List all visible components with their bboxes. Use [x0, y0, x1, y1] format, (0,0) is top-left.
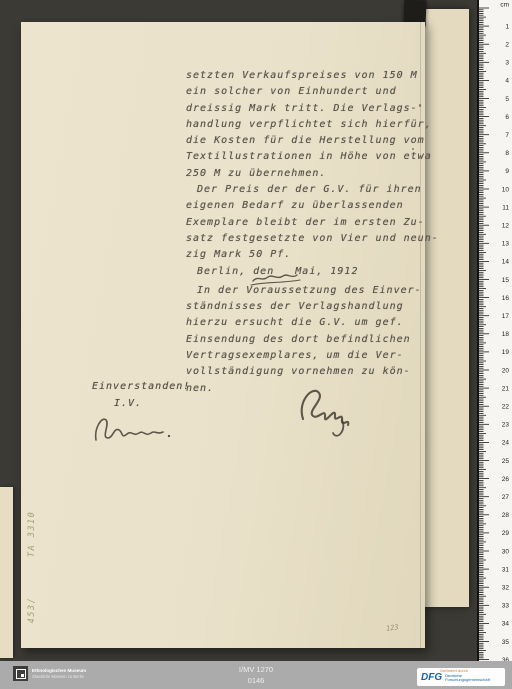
- svg-text:8: 8: [505, 150, 509, 157]
- svg-text:13: 13: [502, 241, 510, 248]
- svg-text:12: 12: [502, 223, 510, 230]
- svg-text:5: 5: [505, 96, 509, 103]
- svg-text:19: 19: [502, 349, 510, 356]
- signature-author: [293, 383, 357, 448]
- pencil-margin-note: 453/ TA 3310: [27, 497, 43, 637]
- typed-line: Einsendung des dort befindlichen: [186, 334, 439, 350]
- svg-text:31: 31: [502, 566, 510, 573]
- svg-text:30: 30: [502, 548, 510, 555]
- typed-line: vollständigung vornehmen zu kön-: [186, 366, 439, 382]
- svg-text:22: 22: [502, 404, 510, 411]
- typed-text-block: setzten Verkaufspreises von 150 Mein sol…: [186, 70, 439, 399]
- dfg-logo-row: DFG Deutsche Forschungsgemeinschaft: [421, 673, 501, 683]
- dfg-acronym: DFG: [421, 673, 442, 683]
- typed-line: zig Mark 50 Pf.: [186, 249, 439, 265]
- dfg-logo: Gefördert durch DFG Deutsche Forschungsg…: [417, 668, 505, 686]
- typed-line: 250 M zu übernehmen.: [186, 168, 439, 184]
- svg-text:28: 28: [502, 512, 510, 519]
- typed-line: Vertragsexemplares, um die Ver-: [186, 350, 439, 366]
- svg-text:4: 4: [505, 78, 509, 85]
- typed-line: Berlin, den Mai, 1912: [186, 266, 439, 282]
- typed-line: hierzu ersucht die G.V. um gef.: [186, 317, 439, 333]
- typed-line: ständnisses der Verlagshandlung: [186, 301, 439, 317]
- svg-text:6: 6: [505, 114, 509, 121]
- corner-sheet: [0, 487, 13, 658]
- svg-text:34: 34: [502, 621, 510, 628]
- typed-line: dreissig Mark tritt. Die Verlags-: [186, 103, 439, 119]
- svg-text:32: 32: [502, 585, 510, 592]
- svg-text:25: 25: [502, 458, 510, 465]
- typed-line: die Kosten für die Herstellung vom: [186, 135, 439, 151]
- document-page: setzten Verkaufspreises von 150 Mein sol…: [21, 22, 425, 648]
- svg-text:10: 10: [502, 186, 510, 193]
- scan-viewer-stage: setzten Verkaufspreises von 150 Mein sol…: [0, 0, 512, 689]
- svg-text:16: 16: [502, 295, 510, 302]
- svg-text:23: 23: [502, 422, 510, 429]
- svg-text:21: 21: [502, 385, 510, 392]
- dfg-name-line2: Forschungsgemeinschaft: [445, 678, 490, 683]
- approval-note-line2: I.V.: [92, 398, 190, 409]
- svg-text:9: 9: [505, 168, 509, 175]
- svg-text:7: 7: [505, 132, 509, 139]
- svg-text:24: 24: [502, 440, 510, 447]
- typed-line: handlung verpflichtet sich hierfür,: [186, 119, 439, 135]
- svg-text:14: 14: [502, 259, 510, 266]
- ruler: 1234567891011121314151617181920212223242…: [477, 0, 512, 661]
- svg-text:15: 15: [502, 277, 510, 284]
- typed-line: In der Voraussetzung des Einver-: [186, 285, 439, 301]
- svg-text:33: 33: [502, 603, 510, 610]
- svg-text:11: 11: [502, 204, 509, 211]
- svg-text:2: 2: [505, 42, 509, 49]
- typed-line: eigenen Bedarf zu überlassenden: [186, 200, 439, 216]
- svg-text:27: 27: [502, 494, 510, 501]
- svg-text:17: 17: [502, 313, 510, 320]
- typed-line: Exemplare bleibt der im ersten Zu-: [186, 217, 439, 233]
- approval-note-line1: Einverstanden!: [92, 381, 190, 392]
- dfg-full-name: Deutsche Forschungsgemeinschaft: [445, 674, 490, 683]
- svg-text:20: 20: [502, 367, 510, 374]
- svg-text:29: 29: [502, 530, 510, 537]
- signature-approver: [93, 412, 173, 457]
- handwritten-date-insertion: [250, 271, 302, 294]
- typed-line: Textillustrationen in Höhe von etwa: [186, 151, 439, 167]
- typed-line: Der Preis der der G.V. für ihren: [186, 184, 439, 200]
- ruler-scale: 1234567891011121314151617181920212223242…: [479, 0, 512, 661]
- svg-text:1: 1: [505, 23, 509, 30]
- typed-line: setzten Verkaufspreises von 150 M: [186, 70, 439, 86]
- svg-text:35: 35: [502, 639, 510, 646]
- typed-line: satz festgesetzte von Vier und neun-: [186, 233, 439, 249]
- footer-bar: Ethnologisches Museum Staatliche Museen …: [0, 661, 512, 689]
- pencil-page-mark: 123: [386, 623, 400, 633]
- svg-text:3: 3: [505, 60, 509, 67]
- typed-line: ein solcher von Einhundert und: [186, 86, 439, 102]
- svg-text:18: 18: [502, 331, 510, 338]
- svg-text:cm: cm: [500, 2, 509, 9]
- approval-note: Einverstanden! I.V.: [92, 381, 190, 409]
- svg-text:26: 26: [502, 476, 510, 483]
